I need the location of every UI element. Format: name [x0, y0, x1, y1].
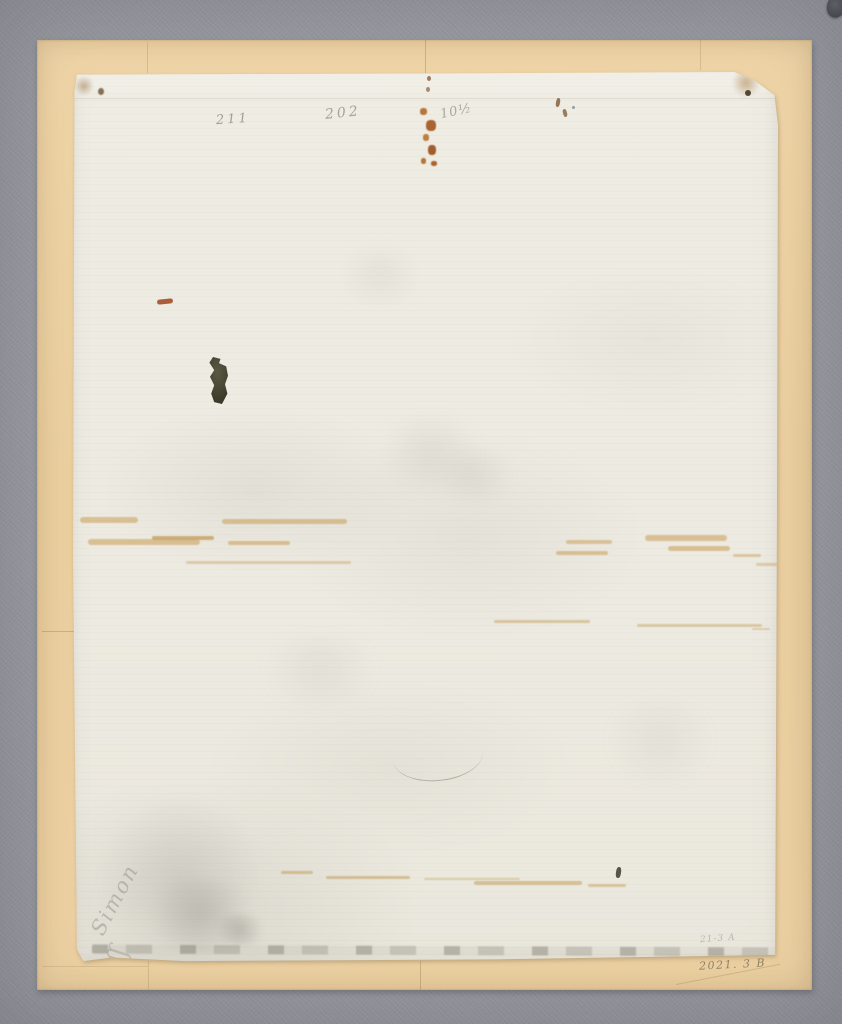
dark-speck-top-right [745, 90, 751, 96]
glue-streak [186, 561, 351, 564]
glue-streak [222, 519, 347, 524]
artwork-verso-sheet: 211 202 10½ 21-3 A Simon ʃʃ [72, 72, 778, 962]
mat-crease-bottom-left-horizontal [42, 966, 148, 967]
gray-smudge [210, 915, 270, 945]
rust-spot [428, 145, 436, 155]
mat-crease-bottom-left [148, 961, 149, 990]
rust-spot [431, 161, 437, 166]
pencil-size-note: 10½ [439, 101, 474, 122]
glue-streak [88, 539, 200, 545]
mottling-patch [250, 640, 390, 700]
glue-streak [566, 540, 612, 544]
mat-crease-bottom-center [420, 961, 421, 990]
rust-spot [423, 134, 429, 141]
glue-streak [645, 535, 727, 541]
faint-glue-line-bottom [424, 878, 520, 880]
brown-fleck [555, 98, 561, 108]
pencil-number-211: 211 [216, 111, 251, 128]
mat-crease-top-center [425, 40, 426, 73]
pencil-paper-code: 21-3 A [700, 933, 736, 945]
mat-crease-top-left [147, 42, 148, 73]
faint-glue-line [494, 620, 590, 623]
rust-spot [420, 108, 427, 115]
glue-streak [228, 541, 290, 545]
rust-spot [426, 120, 436, 131]
glue-streak [668, 546, 730, 551]
mottling-patch [430, 450, 520, 500]
dark-fleck [615, 867, 621, 879]
paper-shadow-wrap: 211 202 10½ 21-3 A Simon ʃʃ [72, 72, 778, 962]
brown-speck [426, 87, 430, 92]
mat-tick-left-middle [42, 631, 76, 632]
brown-fleck [562, 109, 568, 118]
faint-glue-line-bottom [474, 881, 582, 885]
pencil-number-202: 202 [324, 103, 361, 123]
faint-glue-line [752, 628, 770, 630]
glue-streak [80, 517, 138, 523]
glue-streak [556, 551, 608, 555]
faint-glue-line-bottom [281, 871, 313, 874]
glue-streak [733, 554, 761, 557]
brown-speck [427, 76, 431, 81]
faint-glue-line [637, 624, 762, 627]
red-pigment-dash [157, 298, 173, 305]
rust-spot [421, 158, 426, 164]
mottling-patch [330, 250, 430, 300]
mottling-patch [600, 700, 720, 780]
faint-glue-line-bottom [588, 884, 626, 887]
hinge-stain-top-left [74, 76, 94, 96]
blue-speck [572, 106, 575, 109]
hinge-strip [72, 72, 778, 99]
mat-crease-top-right [700, 40, 701, 70]
faint-pencil-arc [391, 727, 486, 785]
faint-glue-line-bottom [326, 876, 410, 879]
adhesive-residue-blob [204, 357, 234, 404]
dark-speck-top-left [98, 88, 104, 95]
